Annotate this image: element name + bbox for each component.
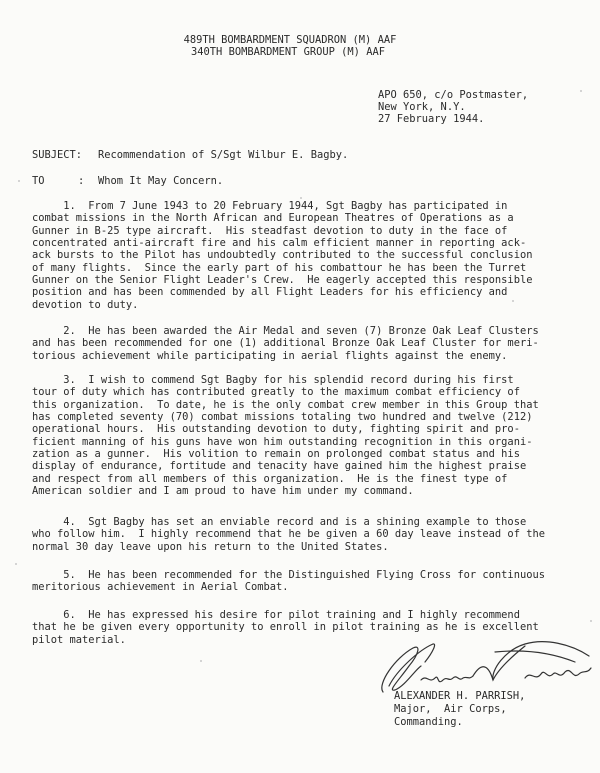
- paragraph-line: 4. Sgt Bagby has set an enviable record …: [32, 516, 545, 528]
- paragraph-line: Gunner in B-25 type aircraft. His steadf…: [32, 225, 532, 237]
- signatory-rank: Major, Air Corps,: [394, 703, 507, 715]
- paragraph-line: ack bursts to the Pilot has undoubtedly …: [32, 249, 532, 261]
- paragraph-line: and has been recommended for one (1) add…: [32, 337, 539, 349]
- letterhead-group: 340TH BOMBARDMENT GROUP (M) AAF: [0, 46, 588, 58]
- paragraph-line: concentrated anti-aircraft fire and his …: [32, 237, 532, 249]
- subject-label: SUBJECT:: [32, 149, 82, 161]
- paragraph-line: position and has been commended by all F…: [32, 286, 532, 298]
- paragraph-line: ficient manning of his guns have won him…: [32, 436, 539, 448]
- paragraph-line: Gunner on the Senior Flight Leader's Cre…: [32, 274, 532, 286]
- paragraph-line: 1. From 7 June 1943 to 20 February 1944,…: [32, 200, 532, 212]
- paragraph-3: 3. I wish to commend Sgt Bagby for his s…: [32, 374, 539, 497]
- paragraph-line: zation as a gunner. His volition to rema…: [32, 448, 539, 460]
- to-separator: :: [78, 175, 84, 187]
- paragraph-line: combat missions in the North African and…: [32, 212, 532, 224]
- to-label: TO: [32, 175, 45, 187]
- paragraph-line: meritorious achievement in Aerial Combat…: [32, 581, 545, 593]
- paragraph-line: that he be given every opportunity to en…: [32, 621, 539, 633]
- to-text: Whom It May Concern.: [98, 175, 223, 187]
- paragraph-4: 4. Sgt Bagby has set an enviable record …: [32, 516, 545, 553]
- paragraph-2: 2. He has been awarded the Air Medal and…: [32, 325, 539, 362]
- paragraph-line: 2. He has been awarded the Air Medal and…: [32, 325, 539, 337]
- paragraph-line: 6. He has expressed his desire for pilot…: [32, 609, 539, 621]
- paragraph-5: 5. He has been recommended for the Disti…: [32, 569, 545, 594]
- signatory-role: Commanding.: [394, 716, 463, 728]
- subject-text: Recommendation of S/Sgt Wilbur E. Bagby.: [98, 149, 348, 161]
- paragraph-line: 5. He has been recommended for the Disti…: [32, 569, 545, 581]
- paragraph-line: normal 30 day leave upon his return to t…: [32, 541, 545, 553]
- address-line-2: New York, N.Y.: [378, 101, 466, 113]
- paragraph-line: torious achievement while participating …: [32, 350, 539, 362]
- paragraph-line: who follow him. I highly recommend that …: [32, 528, 545, 540]
- paragraph-line: devotion to duty.: [32, 299, 532, 311]
- paragraph-line: display of endurance, fortitude and tena…: [32, 460, 539, 472]
- paragraph-line: of many flights. Since the early part of…: [32, 262, 532, 274]
- paragraph-line: and respect from all members of this org…: [32, 473, 539, 485]
- paragraph-1: 1. From 7 June 1943 to 20 February 1944,…: [32, 200, 532, 311]
- paragraph-line: tour of duty which has contributed great…: [32, 386, 539, 398]
- paragraph-line: has completed seventy (70) combat missio…: [32, 411, 539, 423]
- letter-date: 27 February 1944.: [378, 113, 484, 125]
- paragraph-line: this organization. To date, he is the on…: [32, 399, 539, 411]
- paragraph-line: 3. I wish to commend Sgt Bagby for his s…: [32, 374, 539, 386]
- paragraph-line: operational hours. His outstanding devot…: [32, 423, 539, 435]
- letterhead-squadron: 489TH BOMBARDMENT SQUADRON (M) AAF: [0, 34, 590, 46]
- signatory-name: ALEXANDER H. PARRISH,: [394, 690, 525, 702]
- letter-page: 489TH BOMBARDMENT SQUADRON (M) AAF 340TH…: [0, 0, 600, 773]
- address-line-1: APO 650, c/o Postmaster,: [378, 89, 528, 101]
- paragraph-line: American soldier and I am proud to have …: [32, 485, 539, 497]
